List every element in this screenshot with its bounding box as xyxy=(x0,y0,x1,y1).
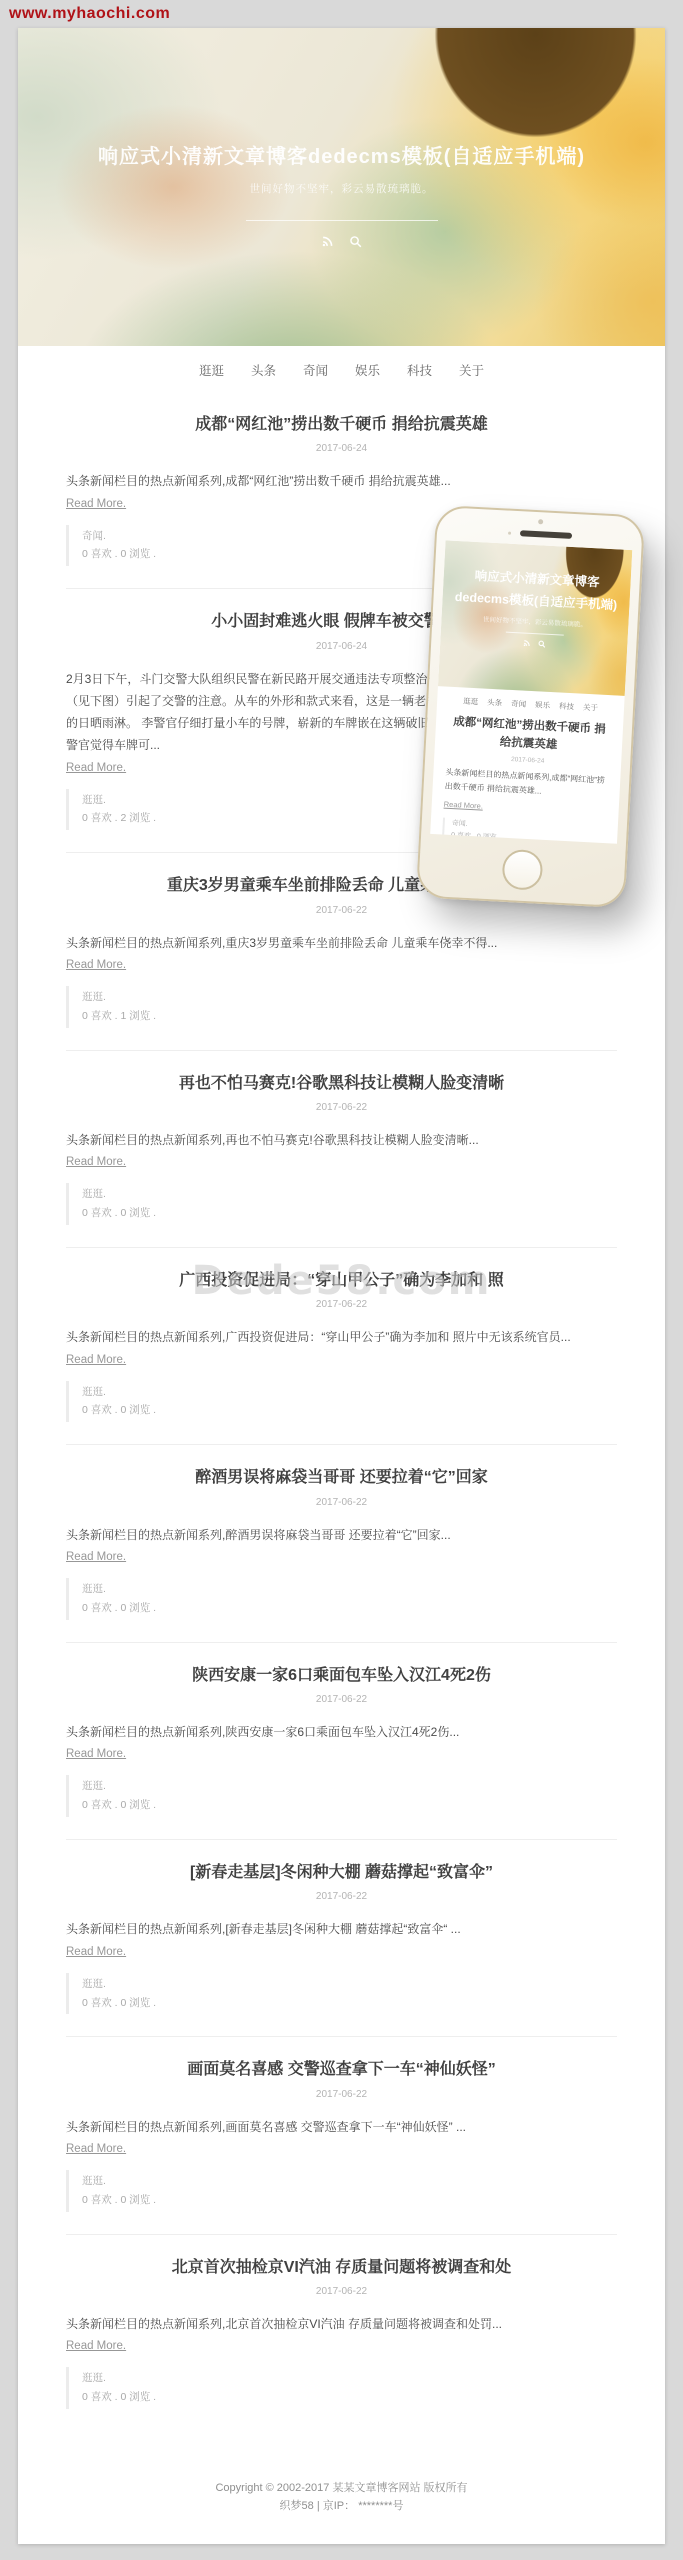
article-meta: 逛逛. 0 喜欢 . 0 浏览 . xyxy=(66,2170,617,2212)
article-excerpt: 头条新闻栏目的热点新闻系列,陕西安康一家6口乘面包车坠入汉江4死2伤... xyxy=(66,1721,617,1743)
article-excerpt: 头条新闻栏目的热点新闻系列,再也不怕马赛克!谷歌黑科技让模糊人脸变清晰... xyxy=(66,1129,617,1151)
nav-item-odd[interactable]: 奇闻 xyxy=(303,361,328,379)
phone-screen: 响应式小清新文章博客dedecms模板(自适应手机端) 世间好物不坚牢，彩云易散… xyxy=(430,540,632,843)
article-stats: 0 喜欢 . 0 浏览 . xyxy=(82,1599,617,1618)
site-title: 响应式小清新文章博客dedecms模板(自适应手机端) xyxy=(98,140,585,169)
article-title-link[interactable]: 广西投资促进局：“穿山甲公子”确为李加和 照 xyxy=(66,1270,617,1292)
article-date: 2017-06-22 xyxy=(66,1102,617,1113)
phone-nav-item: 娱乐 xyxy=(535,699,551,711)
article-category-link[interactable]: 逛逛. xyxy=(82,988,617,1007)
nav-item-fun[interactable]: 娱乐 xyxy=(355,361,380,379)
phone-site-title: 响应式小清新文章博客dedecms模板(自适应手机端) xyxy=(442,564,631,617)
article-item: 画面莫名喜感 交警巡查拿下一车“神仙妖怪” 2017-06-22 头条新闻栏目的… xyxy=(66,2037,617,2234)
article-item: 陕西安康一家6口乘面包车坠入汉江4死2伤 2017-06-22 头条新闻栏目的热… xyxy=(66,1643,617,1840)
phone-read-more: Read More. xyxy=(444,799,484,810)
hero-banner: 响应式小清新文章博客dedecms模板(自适应手机端) 世间好物不坚牢，彩云易散… xyxy=(18,28,665,346)
hero-divider xyxy=(246,220,438,221)
article-stats: 0 喜欢 . 0 浏览 . xyxy=(82,1204,617,1223)
article-excerpt: 头条新闻栏目的热点新闻系列,醉酒男误将麻袋当哥哥 还要拉着“它”回家... xyxy=(66,1524,617,1546)
phone-nav-item: 奇闻 xyxy=(511,698,527,710)
phone-home-button xyxy=(501,849,543,891)
phone-article-title: 成都“网红池”捞出数千硬币 捐给抗震英雄 xyxy=(447,714,612,758)
article-stats: 0 喜欢 . 0 浏览 . xyxy=(82,1994,617,2013)
article-excerpt: 头条新闻栏目的热点新闻系列,成都“网红池”捞出数千硬币 捐给抗震英雄... xyxy=(66,470,617,492)
read-more-link[interactable]: Read More. xyxy=(66,1551,126,1563)
article-date: 2017-06-22 xyxy=(66,2089,617,2100)
phone-search-icon xyxy=(537,639,546,648)
article-category-link[interactable]: 逛逛. xyxy=(82,1580,617,1599)
phone-rss-icon xyxy=(522,638,531,647)
article-title-link[interactable]: 北京首次抽检京VI汽油 存质量问题将被调查和处 xyxy=(66,2257,617,2279)
article-title-link[interactable]: [新春走基层]冬闲种大棚 蘑菇撑起“致富伞” xyxy=(66,1862,617,1884)
icp-line: 织梦58 | 京IP： ********号 xyxy=(18,2497,665,2516)
search-icon[interactable] xyxy=(348,234,363,249)
article-stats: 0 喜欢 . 0 浏览 . xyxy=(82,1796,617,1815)
site-subtitle: 世间好物不坚牢，彩云易散琉璃脆。 xyxy=(250,181,434,196)
phone-nav-item: 头条 xyxy=(487,697,503,709)
main-card: 响应式小清新文章博客dedecms模板(自适应手机端) 世间好物不坚牢，彩云易散… xyxy=(18,28,665,2544)
read-more-link[interactable]: Read More. xyxy=(66,2340,126,2352)
article-meta: 逛逛. 0 喜欢 . 0 浏览 . xyxy=(66,1578,617,1620)
nav-item-about[interactable]: 关于 xyxy=(459,361,484,379)
article-date: 2017-06-22 xyxy=(66,905,617,916)
article-date: 2017-06-22 xyxy=(66,1694,617,1705)
phone-speaker xyxy=(519,530,571,539)
read-more-link[interactable]: Read More. xyxy=(66,762,126,774)
nav-item-tech[interactable]: 科技 xyxy=(407,361,432,379)
article-title-link[interactable]: 成都“网红池”捞出数千硬币 捐给抗震英雄 xyxy=(66,414,617,436)
read-more-link[interactable]: Read More. xyxy=(66,1946,126,1958)
article-title-link[interactable]: 再也不怕马赛克!谷歌黑科技让模糊人脸变清晰 xyxy=(66,1073,617,1095)
article-category-link[interactable]: 逛逛. xyxy=(82,1383,617,1402)
read-more-link[interactable]: Read More. xyxy=(66,1156,126,1168)
article-stats: 0 喜欢 . 1 浏览 . xyxy=(82,1007,617,1026)
article-stats: 0 喜欢 . 0 浏览 . xyxy=(82,1401,617,1420)
read-more-link[interactable]: Read More. xyxy=(66,1748,126,1760)
article-title-link[interactable]: 画面莫名喜感 交警巡查拿下一车“神仙妖怪” xyxy=(66,2059,617,2081)
article-item: Dede58.com 广西投资促进局：“穿山甲公子”确为李加和 照 2017-0… xyxy=(66,1248,617,1445)
article-meta: 逛逛. 0 喜欢 . 0 浏览 . xyxy=(66,1973,617,2015)
phone-sensor-dot xyxy=(507,531,510,534)
article-date: 2017-06-24 xyxy=(66,443,617,454)
article-title-link[interactable]: 醉酒男误将麻袋当哥哥 还要拉着“它”回家 xyxy=(66,1467,617,1489)
phone-nav-item: 关于 xyxy=(583,702,599,714)
footer: Copyright © 2002-2017 某某文章博客网站 版权所有 织梦58… xyxy=(18,2457,665,2544)
main-nav: 逛逛 头条 奇闻 娱乐 科技 关于 xyxy=(18,346,665,392)
article-date: 2017-06-22 xyxy=(66,1497,617,1508)
article-date: 2017-06-22 xyxy=(66,2286,617,2297)
phone-mockup: 响应式小清新文章博客dedecms模板(自适应手机端) 世间好物不坚牢，彩云易散… xyxy=(416,505,645,908)
article-excerpt: 头条新闻栏目的热点新闻系列,画面莫名喜感 交警巡查拿下一车“神仙妖怪” ... xyxy=(66,2116,617,2138)
article-meta: 逛逛. 0 喜欢 . 1 浏览 . xyxy=(66,986,617,1028)
phone-nav-item: 逛逛 xyxy=(463,695,479,707)
article-category-link[interactable]: 逛逛. xyxy=(82,1777,617,1796)
site-url-label: www.myhaochi.com xyxy=(9,5,170,23)
read-more-link[interactable]: Read More. xyxy=(66,498,126,510)
article-category-link[interactable]: 逛逛. xyxy=(82,1975,617,1994)
nav-item-headline[interactable]: 头条 xyxy=(251,361,276,379)
article-stats: 0 喜欢 . 0 浏览 . xyxy=(82,2191,617,2210)
phone-site-subtitle: 世间好物不坚牢，彩云易散琉璃脆。 xyxy=(483,614,587,628)
article-date: 2017-06-22 xyxy=(66,1299,617,1310)
article-category-link[interactable]: 逛逛. xyxy=(82,1185,617,1204)
phone-article-excerpt: 头条新闻栏目的热点新闻系列,成都“网红池”捞出数千硬币 捐给抗震英雄... xyxy=(444,765,608,801)
phone-article: 成都“网红池”捞出数千硬币 捐给抗震英雄 2017-06-24 头条新闻栏目的热… xyxy=(430,711,623,844)
article-meta: 逛逛. 0 喜欢 . 0 浏览 . xyxy=(66,1381,617,1423)
article-meta: 逛逛. 0 喜欢 . 0 浏览 . xyxy=(66,1775,617,1817)
article-excerpt: 头条新闻栏目的热点新闻系列,[新春走基层]冬闲种大棚 蘑菇撑起“致富伞“ ... xyxy=(66,1918,617,1940)
read-more-link[interactable]: Read More. xyxy=(66,1354,126,1366)
phone-hero-divider xyxy=(505,631,563,635)
phone-hero-banner: 响应式小清新文章博客dedecms模板(自适应手机端) 世间好物不坚牢，彩云易散… xyxy=(438,540,632,696)
article-excerpt: 头条新闻栏目的热点新闻系列,重庆3岁男童乘车坐前排险丢命 儿童乘车侥幸不得... xyxy=(66,932,617,954)
read-more-link[interactable]: Read More. xyxy=(66,959,126,971)
article-item: 北京首次抽检京VI汽油 存质量问题将被调查和处 2017-06-22 头条新闻栏… xyxy=(66,2235,617,2431)
article-date: 2017-06-22 xyxy=(66,1891,617,1902)
rss-icon[interactable] xyxy=(320,234,335,249)
article-title-link[interactable]: 陕西安康一家6口乘面包车坠入汉江4死2伤 xyxy=(66,1665,617,1687)
phone-camera-dot xyxy=(538,519,543,524)
nav-item-stroll[interactable]: 逛逛 xyxy=(199,361,224,379)
article-excerpt: 头条新闻栏目的热点新闻系列,北京首次抽检京VI汽油 存质量问题将被调查和处罚..… xyxy=(66,2313,617,2335)
article-meta: 逛逛. 0 喜欢 . 0 浏览 . xyxy=(66,1183,617,1225)
article-meta: 逛逛. 0 喜欢 . 0 浏览 . xyxy=(66,2367,617,2409)
article-item: [新春走基层]冬闲种大棚 蘑菇撑起“致富伞” 2017-06-22 头条新闻栏目… xyxy=(66,1840,617,2037)
article-category-link[interactable]: 逛逛. xyxy=(82,2369,617,2388)
article-stats: 0 喜欢 . 0 浏览 . xyxy=(82,2388,617,2407)
article-item: 醉酒男误将麻袋当哥哥 还要拉着“它”回家 2017-06-22 头条新闻栏目的热… xyxy=(66,1445,617,1642)
article-item: 再也不怕马赛克!谷歌黑科技让模糊人脸变清晰 2017-06-22 头条新闻栏目的… xyxy=(66,1051,617,1248)
phone-nav-item: 科技 xyxy=(559,701,575,713)
read-more-link[interactable]: Read More. xyxy=(66,2143,126,2155)
copyright-line: Copyright © 2002-2017 某某文章博客网站 版权所有 xyxy=(18,2479,665,2498)
phone-bottom-bezel xyxy=(418,833,626,906)
article-category-link[interactable]: 逛逛. xyxy=(82,2172,617,2191)
article-excerpt: 头条新闻栏目的热点新闻系列,广西投资促进局：“穿山甲公子”确为李加和 照片中无该… xyxy=(66,1326,617,1348)
